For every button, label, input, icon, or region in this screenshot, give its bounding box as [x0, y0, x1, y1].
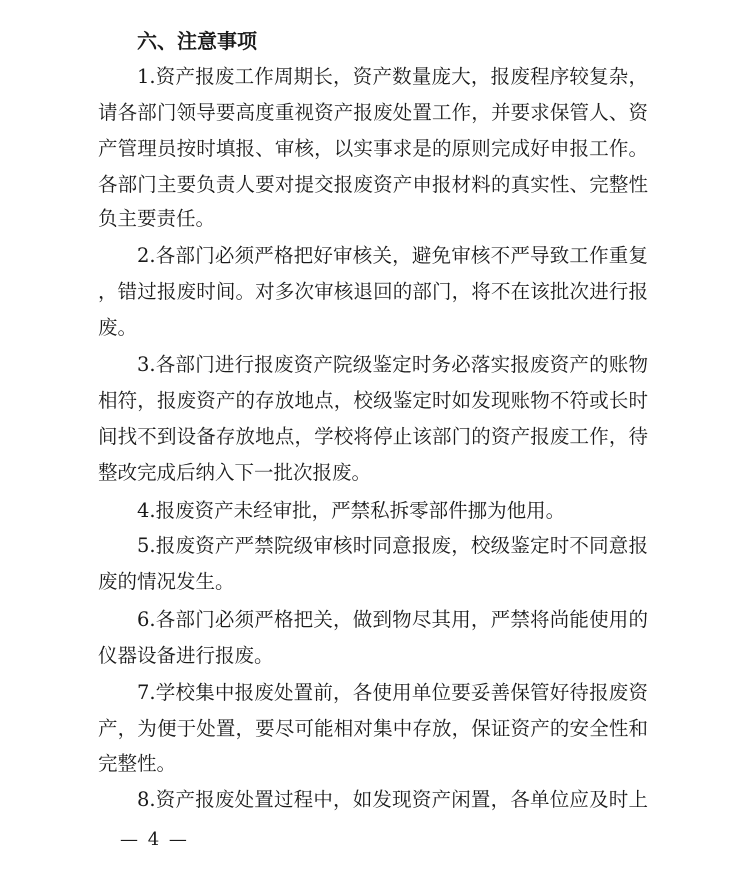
- paragraph-line: ，错过报废时间。对多次审核退回的部门，将不在该批次进行报: [98, 280, 648, 304]
- paragraph-line: 4.报废资产未经审批，严禁私拆零部件挪为他用。: [137, 499, 648, 523]
- paragraph-line: 2.各部门必须严格把好审核关，避免审核不严导致工作重复: [137, 244, 648, 268]
- paragraph-line: 请各部门领导要高度重视资产报废处置工作，并要求保管人、资: [98, 101, 648, 125]
- paragraph-line: 废的情况发生。: [98, 570, 648, 594]
- paragraph-line: 完整性。: [98, 752, 648, 776]
- document-page: 六、注意事项 1.资产报废工作周期长，资产数量庞大，报废程序较复杂， 请各部门领…: [0, 0, 734, 882]
- paragraph-line: 仪器设备进行报废。: [98, 644, 648, 668]
- paragraph-line: 间找不到设备存放地点，学校将停止该部门的资产报废工作，待: [98, 425, 648, 449]
- paragraph-line: 1.资产报废工作周期长，资产数量庞大，报废程序较复杂，: [137, 65, 648, 89]
- section-title: 六、注意事项: [137, 28, 257, 54]
- paragraph-line: 产管理员按时填报、审核，以实事求是的原则完成好申报工作。: [98, 137, 648, 161]
- paragraph-line: 8.资产报废处置过程中，如发现资产闲置，各单位应及时上: [137, 788, 648, 812]
- paragraph-line: 各部门主要负责人要对提交报废资产申报材料的真实性、完整性: [98, 173, 648, 197]
- paragraph-line: 整改完成后纳入下一批次报废。: [98, 461, 648, 485]
- paragraph-line: 5.报废资产严禁院级审核时同意报废，校级鉴定时不同意报: [137, 534, 648, 558]
- paragraph-line: 产，为便于处置，要尽可能相对集中存放，保证资产的安全性和: [98, 717, 648, 741]
- paragraph-line: 废。: [98, 316, 648, 340]
- paragraph-line: 3.各部门进行报废资产院级鉴定时务必落实报废资产的账物: [137, 353, 648, 377]
- paragraph-line: 负主要责任。: [98, 207, 648, 231]
- paragraph-line: 7.学校集中报废处置前，各使用单位要妥善保管好待报废资: [137, 681, 648, 705]
- paragraph-line: 6.各部门必须严格把关，做到物尽其用，严禁将尚能使用的: [137, 608, 648, 632]
- paragraph-line: 相符，报废资产的存放地点，校级鉴定时如发现账物不符或长时: [98, 389, 648, 413]
- page-number: — 4 —: [120, 828, 189, 852]
